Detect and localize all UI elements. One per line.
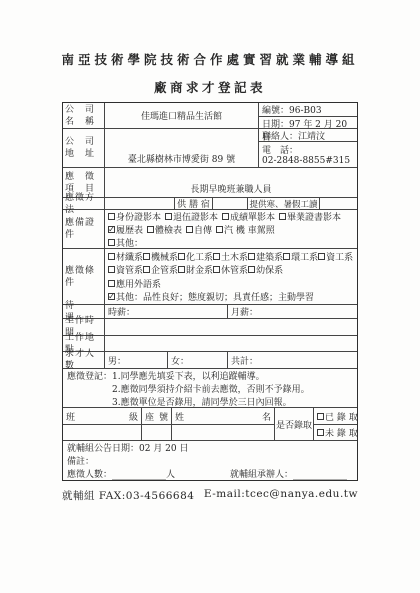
checkbox-box	[178, 266, 185, 273]
checkbox-item[interactable]: 畢業證書影本	[279, 210, 341, 223]
fax-number: 就輔組 FAX:03-4566684	[62, 488, 194, 503]
row-company-address: 公 司 地 址 臺北縣樹林市博愛街 89 號 聯絡人：江靖汶 電 話： 02-2…	[63, 128, 357, 167]
checkbox-box	[108, 213, 115, 220]
email-address: E-mail:tcec@nanya.edu.tw	[204, 488, 358, 503]
total-count-field: 共計：	[227, 352, 357, 368]
checkbox-box	[248, 266, 255, 273]
checkbox-item[interactable]: 自傳	[186, 223, 212, 236]
row-apply-method: 應徵方法 供 膳 宿 提供寒、暑假工讀	[63, 197, 357, 209]
row-work-time: 工作時間	[63, 318, 357, 335]
checkbox-item[interactable]: 休管系	[213, 263, 248, 276]
documents-line-3: 其他：	[108, 236, 357, 249]
checkbox-label: 財金系	[186, 263, 213, 276]
company-name-value: 佳瑪進口精品生活館	[104, 103, 258, 128]
checkbox-admitted[interactable]: 已 錄 取	[317, 410, 358, 423]
admission-status-label: 是否錄取	[274, 408, 313, 440]
checkbox-label: 材纖系	[116, 250, 143, 263]
checkbox-item[interactable]: 成績單影本	[222, 210, 275, 223]
checkbox-item-other[interactable]: 其他：	[108, 236, 143, 249]
checkbox-label: 自傳	[194, 223, 212, 236]
checkbox-box	[143, 253, 150, 260]
row-conditions: 應徵條件 材纖系 機械系 化工系 土木系 建築系 環工系 資工系 資管系 企管系…	[63, 248, 357, 304]
checkbox-box	[279, 213, 286, 220]
checkbox-label: 土木系	[221, 250, 248, 263]
scanned-form-page: 南亞技術學院技術合作處實習就業輔導組 廠商求才登記表 公 司 名 稱 佳瑪進口精…	[0, 0, 420, 593]
apply-method-value	[104, 198, 174, 209]
checkbox-label: 資管系	[116, 263, 143, 276]
checkbox-item[interactable]: 幼保系	[248, 263, 283, 276]
vacation-work-label: 提供寒、暑假工讀	[247, 198, 319, 209]
apply-method-label: 應徵方法	[63, 198, 104, 209]
checkbox-label: 機械系	[151, 250, 178, 263]
checkbox-item[interactable]: 建築系	[248, 250, 283, 263]
admission-checkbox-column: 已 錄 取 未 錄 取	[313, 408, 357, 440]
vacation-work-value	[319, 198, 357, 209]
checkbox-item[interactable]: 退伍證影本	[165, 210, 218, 223]
conditions-line-1: 材纖系 機械系 化工系 土木系 建築系 環工系 資工系	[108, 250, 357, 263]
checkbox-label: 應用外語系	[116, 277, 161, 290]
company-address-label: 公 司 地 址	[63, 129, 104, 167]
announce-date: 就輔組公告日期：02 月 20 日	[67, 443, 353, 456]
checkbox-item[interactable]: 汽 機 車駕照	[216, 223, 275, 236]
checkbox-item-other-checked[interactable]: ✓其他：品性良好；態度親切；具責任感；主動學習	[108, 290, 314, 303]
checkbox-item-resume[interactable]: ✓履歷表	[108, 223, 143, 236]
telephone-label: 電 話：	[262, 143, 357, 156]
checkbox-box	[317, 413, 324, 420]
checkbox-label: 退伍證影本	[173, 210, 218, 223]
checkbox-box: ✓	[108, 293, 115, 300]
class-input-cell	[63, 425, 141, 440]
checkbox-label: 其他：品性良好；態度親切；具責任感；主動學習	[116, 290, 314, 303]
checkbox-not-admitted[interactable]: 未 錄 取	[317, 426, 358, 439]
name-header: 姓 名	[172, 408, 274, 425]
checkbox-label: 畢業證書影本	[287, 210, 341, 223]
meal-lodging-label: 供 膳 宿	[174, 198, 212, 209]
registration-note-1: 應徵登記：1.同學應先填妥下表，以利追蹤輔導。	[67, 371, 353, 384]
checkbox-item[interactable]: 環工系	[283, 250, 318, 263]
checkbox-box	[222, 213, 229, 220]
page-footer: 就輔組 FAX:03-4566684 E-mail:tcec@nanya.edu…	[62, 488, 358, 503]
row-documents: 應備證件 身份證影本 退伍證影本 成績單影本 畢業證書影本 ✓履歷表 體檢表 自…	[63, 209, 357, 248]
documents-options: 身份證影本 退伍證影本 成績單影本 畢業證書影本 ✓履歷表 體檢表 自傳 汽 機…	[104, 210, 357, 248]
documents-label: 應備證件	[63, 210, 104, 248]
checkbox-box	[216, 226, 223, 233]
page-subtitle: 廠商求才登記表	[0, 78, 420, 96]
checkbox-box	[147, 226, 154, 233]
checkbox-item[interactable]: 資工系	[318, 250, 353, 263]
checkbox-item[interactable]: 土木系	[213, 250, 248, 263]
telephone-value: 02-2848-8855#315	[262, 156, 357, 166]
checkbox-item[interactable]: 企管系	[143, 263, 178, 276]
checkbox-item[interactable]: 體檢表	[147, 223, 182, 236]
checkbox-label: 資工系	[326, 250, 353, 263]
checkbox-item[interactable]: 機械系	[143, 250, 178, 263]
registration-notes: 應徵登記：1.同學應先填妥下表，以利追蹤輔導。 2.應徵同學須持介紹卡前去應徵，…	[63, 369, 357, 407]
remarks-label: 備註：	[67, 456, 353, 469]
not-admitted-cell: 未 錄 取	[314, 425, 357, 440]
checkbox-box	[178, 253, 185, 260]
checkbox-label: 體檢表	[155, 223, 182, 236]
contact-block: 聯絡人：江靖汶 電 話： 02-2848-8855#315	[258, 129, 357, 167]
checkbox-box	[108, 253, 115, 260]
seat-column: 座 號	[141, 408, 171, 440]
work-time-value	[104, 319, 357, 335]
contact-person: 聯絡人：江靖汶	[259, 129, 357, 142]
row-company-name: 公 司 名 稱 佳瑪進口精品生活館 編號：96-B03 日期：97 年 2 月 …	[63, 103, 357, 128]
checkbox-item[interactable]: 化工系	[178, 250, 213, 263]
checkbox-box	[165, 213, 172, 220]
seat-header: 座 號	[142, 408, 171, 425]
checkbox-box	[108, 239, 115, 246]
checkbox-item[interactable]: 材纖系	[108, 250, 143, 263]
checkbox-label: 幼保系	[256, 263, 283, 276]
telephone-cell: 電 話： 02-2848-8855#315	[259, 142, 357, 167]
checkbox-label: 化工系	[186, 250, 213, 263]
documents-line-2: ✓履歷表 體檢表 自傳 汽 機 車駕照	[108, 223, 357, 236]
checkbox-box	[318, 253, 325, 260]
office-use-cell: 就輔組公告日期：02 月 20 日 備註： 應徵人數：____________人…	[63, 441, 357, 480]
class-column: 班 級	[63, 408, 141, 440]
row-student-record: 班 級 座 號 姓 名 是否錄取	[63, 407, 357, 440]
row-headcount: 求才人數 男： 女： 共計：	[63, 351, 357, 368]
headcount-label: 求才人數	[63, 352, 104, 368]
admitted-cell: 已 錄 取	[314, 408, 357, 425]
checkbox-item[interactable]: 財金系	[178, 263, 213, 276]
checkbox-label: 成績單影本	[230, 210, 275, 223]
class-header: 班 級	[63, 408, 141, 425]
checkbox-box	[186, 226, 193, 233]
checkbox-item[interactable]: 應用外語系	[108, 277, 161, 290]
name-input-cell	[172, 425, 274, 440]
checkbox-box	[248, 253, 255, 260]
checkbox-label: 未 錄 取	[325, 426, 358, 439]
checkbox-label: 環工系	[291, 250, 318, 263]
page-title: 南亞技術學院技術合作處實習就業輔導組	[0, 50, 420, 68]
name-column: 姓 名	[171, 408, 274, 440]
checkbox-label: 其他：	[116, 236, 143, 249]
checkbox-item[interactable]: 資管系	[108, 263, 143, 276]
conditions-label: 應徵條件	[63, 249, 104, 304]
checkbox-label: 履歷表	[116, 223, 143, 236]
checkbox-box	[143, 266, 150, 273]
checkbox-box: ✓	[108, 226, 115, 233]
conditions-line-4: ✓其他：品性良好；態度親切；具責任感；主動學習	[108, 290, 357, 303]
checkbox-label: 身份證影本	[116, 210, 161, 223]
checkbox-box	[213, 253, 220, 260]
checkbox-label: 建築系	[256, 250, 283, 263]
row-work-place: 工作地點	[63, 335, 357, 351]
checkbox-label: 汽 機 車駕照	[224, 223, 275, 236]
conditions-line-2: 資管系 企管系 財金系 休管系 幼保系	[108, 263, 357, 276]
checkbox-box	[283, 253, 290, 260]
checkbox-box	[108, 266, 115, 273]
row-position: 應 徵 項 目 長期早晚班兼職人員	[63, 167, 357, 197]
row-registration-notes: 應徵登記：1.同學應先填妥下表，以利追蹤輔導。 2.應徵同學須持介紹卡前去應徵，…	[63, 368, 357, 407]
seat-input-cell	[142, 425, 171, 440]
registration-note-2: 2.應徵同學須持介紹卡前去應徵，否則不予錄用。	[67, 384, 353, 397]
ref-no: 編號：96-B03	[259, 103, 357, 117]
monthly-wage-field: 月薪：	[227, 305, 357, 318]
checkbox-item[interactable]: 身份證影本	[108, 210, 161, 223]
hourly-wage-field: 時薪：	[104, 305, 227, 318]
ref-block: 編號：96-B03 日期：97 年 2 月 20 日	[258, 103, 357, 128]
conditions-options: 材纖系 機械系 化工系 土木系 建築系 環工系 資工系 資管系 企管系 財金系 …	[104, 249, 357, 304]
applicant-count-field: 應徵人數：____________人	[67, 469, 175, 482]
work-place-value	[104, 336, 357, 351]
company-address-value: 臺北縣樹林市博愛街 89 號	[104, 129, 258, 167]
recruitment-form-table: 公 司 名 稱 佳瑪進口精品生活館 編號：96-B03 日期：97 年 2 月 …	[62, 102, 358, 481]
checkbox-box	[317, 429, 324, 436]
handler-field: 就輔組承辦人：____________	[230, 469, 347, 482]
row-office-use: 就輔組公告日期：02 月 20 日 備註： 應徵人數：____________人…	[63, 440, 357, 480]
position-value: 長期早晚班兼職人員	[104, 168, 357, 197]
conditions-line-3: 應用外語系	[108, 277, 357, 290]
row-salary: 待 遇 時薪： 月薪：	[63, 304, 357, 318]
checkbox-box	[108, 280, 115, 287]
checkbox-box	[213, 266, 220, 273]
checkbox-label: 已 錄 取	[325, 410, 358, 423]
female-count-field: 女：	[167, 352, 227, 368]
checkbox-label: 休管系	[221, 263, 248, 276]
checkbox-label: 企管系	[151, 263, 178, 276]
counts-line: 應徵人數：____________人 就輔組承辦人：____________	[67, 469, 353, 482]
company-name-label: 公 司 名 稱	[63, 103, 104, 128]
male-count-field: 男：	[104, 352, 167, 368]
documents-line-1: 身份證影本 退伍證影本 成績單影本 畢業證書影本	[108, 210, 357, 223]
meal-lodging-value	[212, 198, 247, 209]
